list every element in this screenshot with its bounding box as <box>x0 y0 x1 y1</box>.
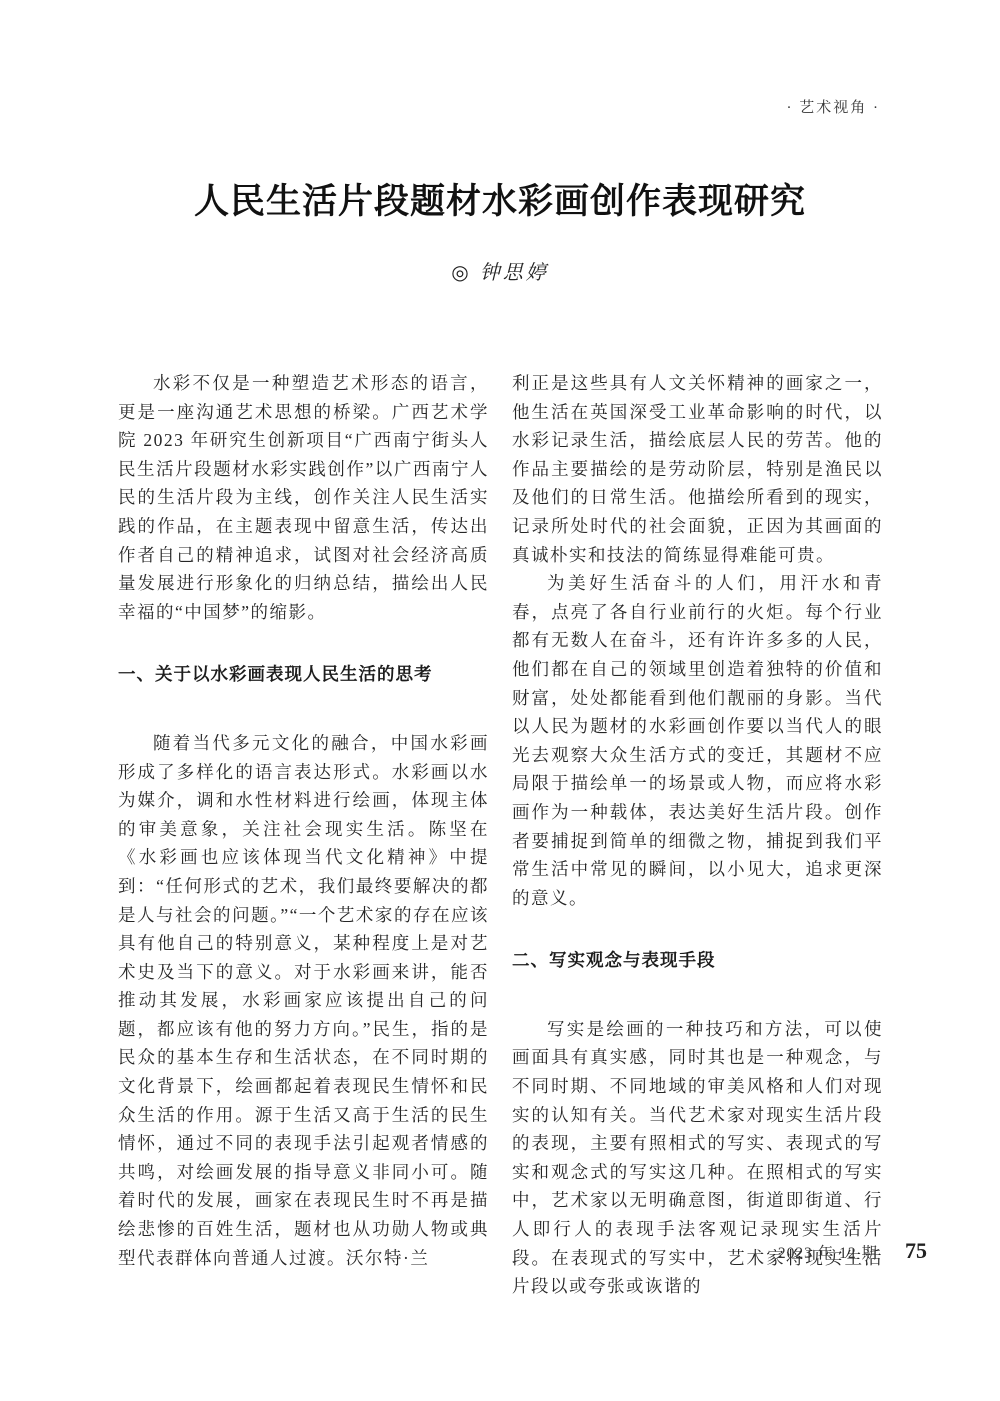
paragraph-intro: 水彩不仅是一种塑造艺术形态的语言，更是一座沟通艺术思想的桥梁。广西艺术学院 20… <box>118 369 489 626</box>
section-heading-1: 一、关于以水彩画表现人民生活的思考 <box>118 660 489 689</box>
author-byline: ◎ 钟思婷 <box>0 256 1000 285</box>
paragraph-section1-part2: 为美好生活奋斗的人们，用汗水和青春，点亮了各自行业前行的火炬。每个行业都有无数人… <box>512 569 883 912</box>
page-number: 75 <box>905 1238 927 1264</box>
journal-page: · 艺术视角 · 人民生活片段题材水彩画创作表现研究 ◎ 钟思婷 水彩不仅是一种… <box>0 0 1000 1401</box>
article-title: 人民生活片段题材水彩画创作表现研究 <box>0 174 1000 224</box>
paragraph-section1: 随着当代多元文化的融合，中国水彩画形成了多样化的语言表达形式。水彩画以水为媒介，… <box>118 729 489 1272</box>
column-right: 利正是这些具有人文关怀精神的画家之一，他生活在英国深受工业革命影响的时代，以水彩… <box>512 369 883 1301</box>
section-label: · 艺术视角 · <box>787 96 881 117</box>
issue-label: 2023 年 12 期 <box>778 1241 878 1263</box>
section-heading-2: 二、写实观念与表现手段 <box>512 946 883 975</box>
page-footer: 2023 年 12 期 75 <box>778 1238 927 1264</box>
paragraph-section1-continued: 利正是这些具有人文关怀精神的画家之一，他生活在英国深受工业革命影响的时代，以水彩… <box>512 369 883 569</box>
column-left: 水彩不仅是一种塑造艺术形态的语言，更是一座沟通艺术思想的桥梁。广西艺术学院 20… <box>118 369 489 1272</box>
